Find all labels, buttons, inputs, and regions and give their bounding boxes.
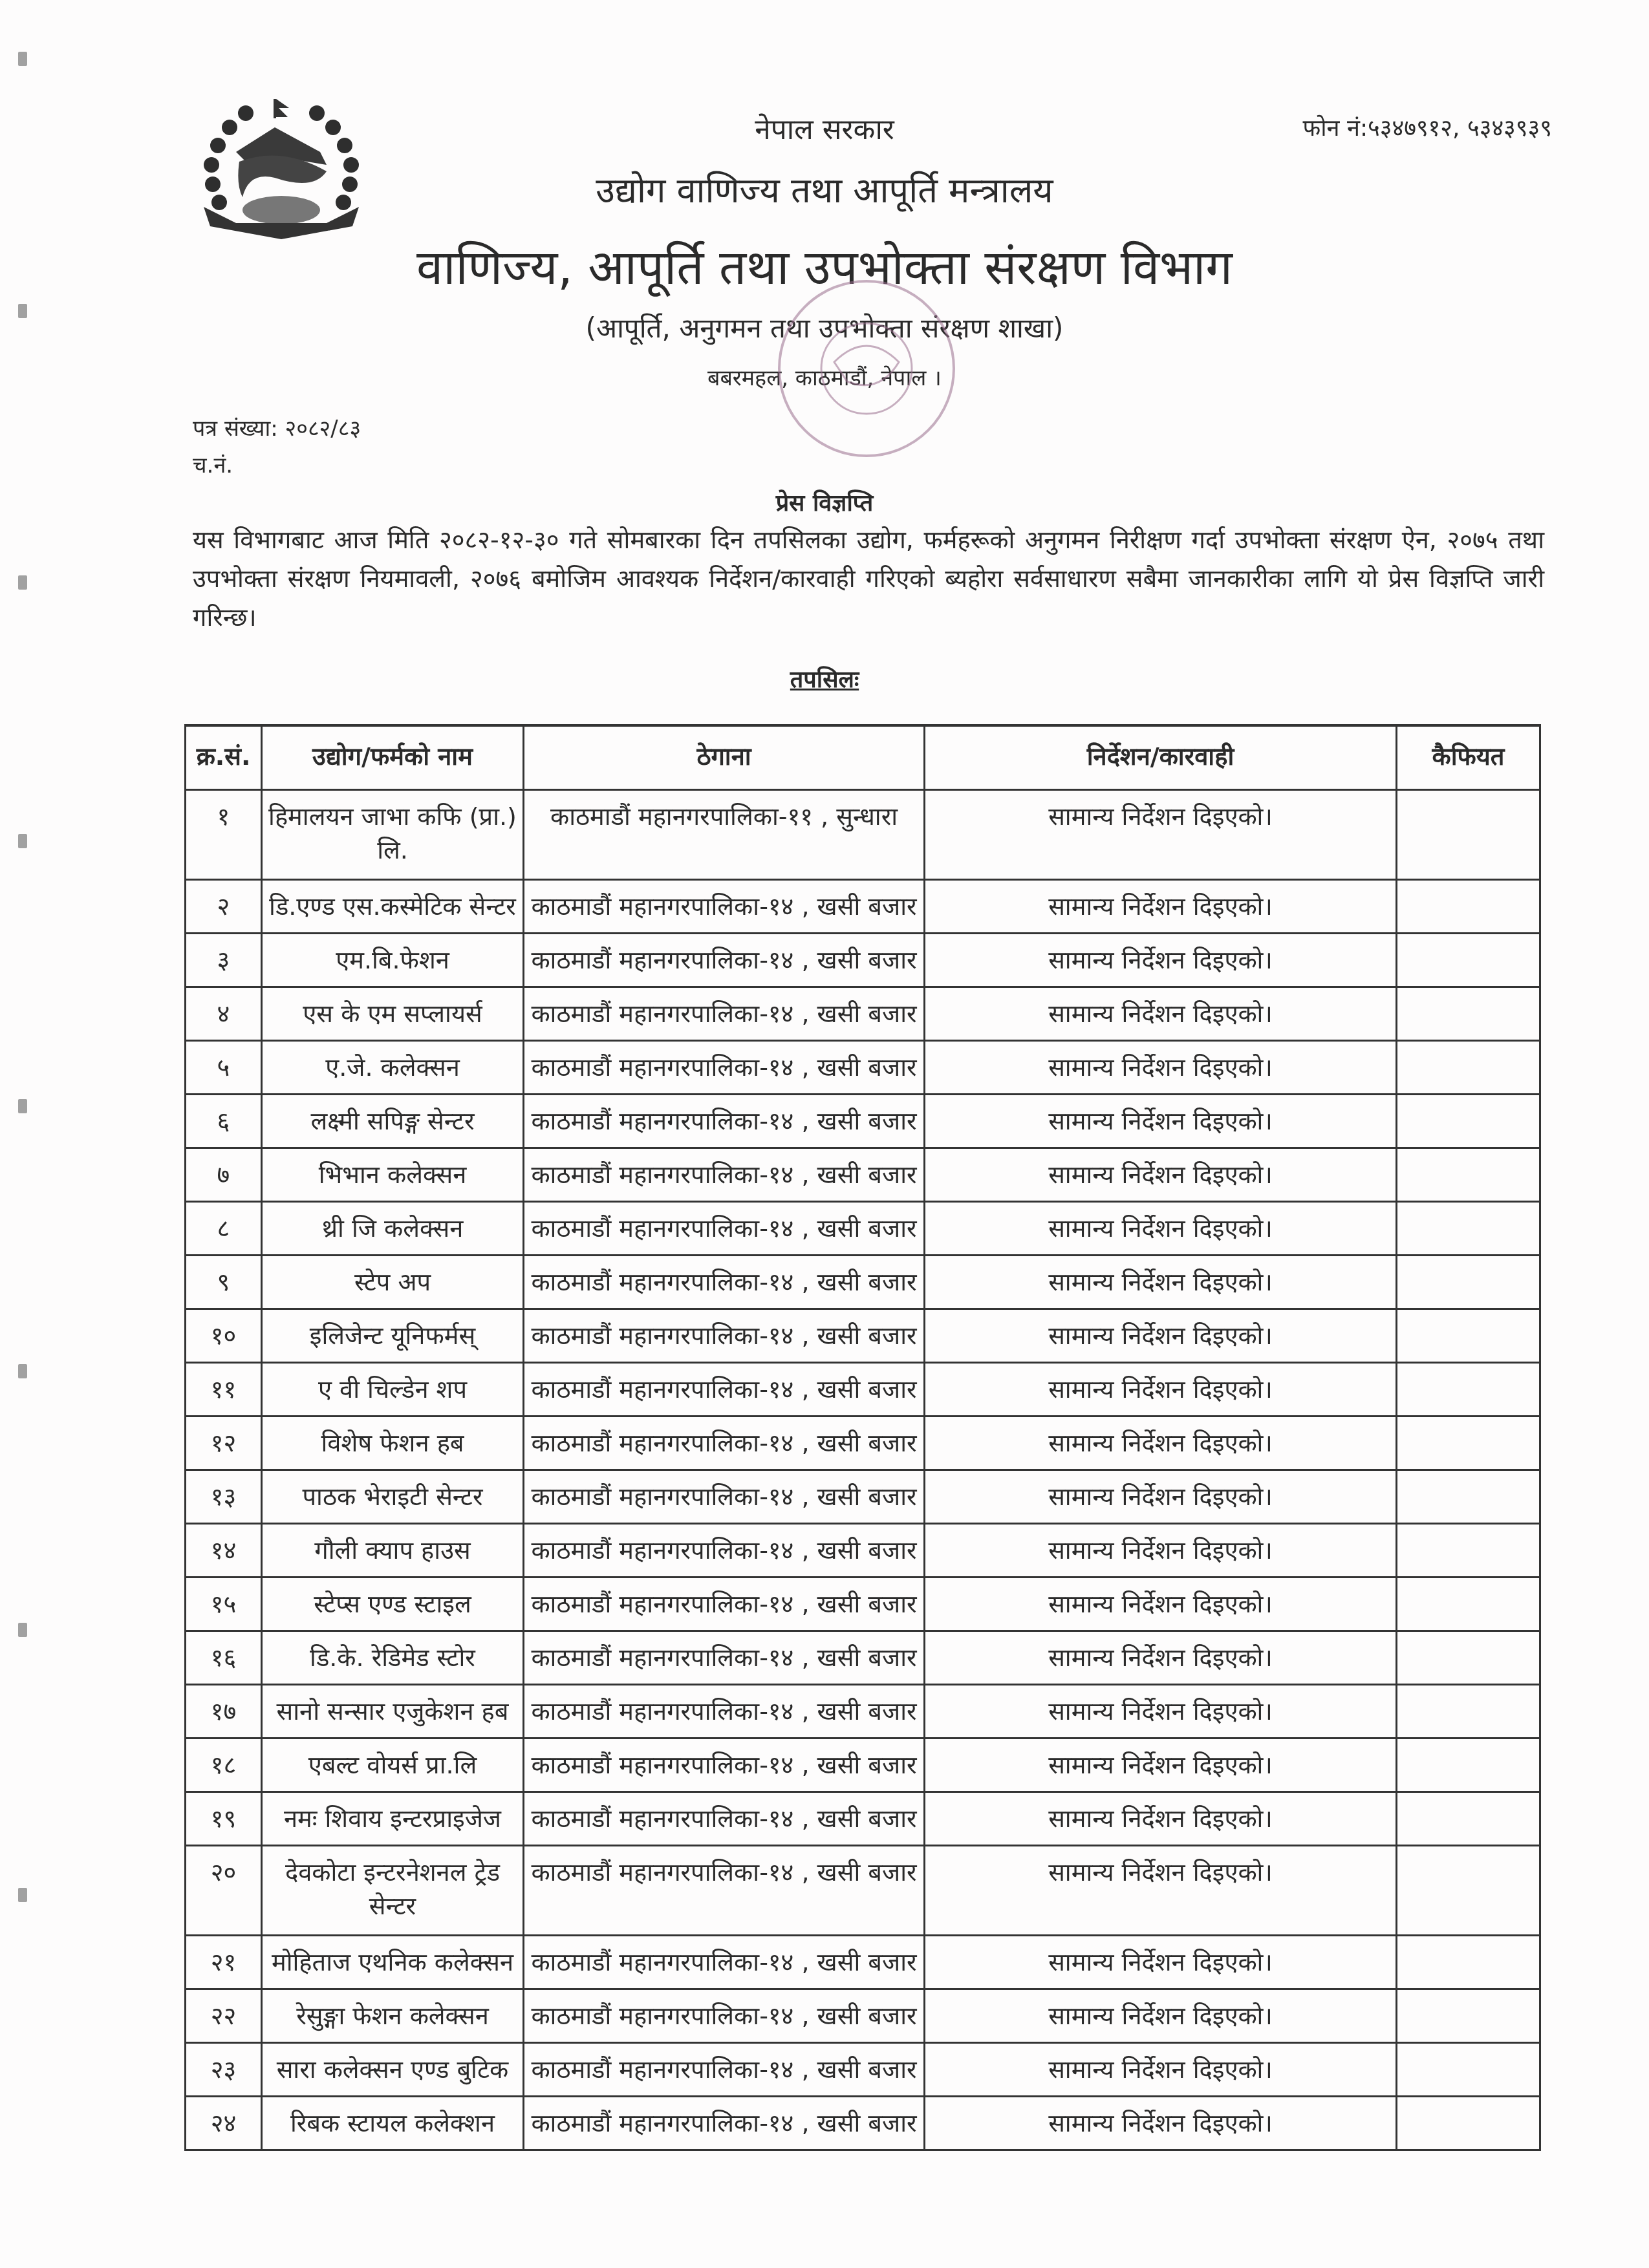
- cell-remarks: [1397, 1470, 1540, 1524]
- cell-firm-name: सारा कलेक्सन एण्ड बुटिक: [262, 2043, 524, 2097]
- cell-serial: २२: [186, 1989, 262, 2043]
- cell-address: काठमाडौं महानगरपालिका-१४ , खसी बजार: [524, 2097, 925, 2150]
- cell-action: सामान्य निर्देशन दिइएको।: [925, 880, 1397, 934]
- cell-action: सामान्य निर्देशन दिइएको।: [925, 1202, 1397, 1256]
- table-row: ५ए.जे. कलेक्सनकाठमाडौं महानगरपालिका-१४ ,…: [186, 1041, 1540, 1095]
- table-row: २डि.एण्ड एस.कस्मेटिक सेन्टरकाठमाडौं महान…: [186, 880, 1540, 934]
- cell-action: सामान्य निर्देशन दिइएको।: [925, 1148, 1397, 1202]
- table-row: १३पाठक भेराइटी सेन्टरकाठमाडौं महानगरपालि…: [186, 1470, 1540, 1524]
- dispatch-number: च.नं.: [193, 449, 233, 479]
- cell-address: काठमाडौं महानगरपालिका-१४ , खसी बजार: [524, 1578, 925, 1631]
- table-row: २४रिबक स्टायल कलेक्शनकाठमाडौं महानगरपालि…: [186, 2097, 1540, 2150]
- cell-serial: १७: [186, 1685, 262, 1738]
- cell-remarks: [1397, 1631, 1540, 1685]
- cell-firm-name: विशेष फेशन हब: [262, 1417, 524, 1470]
- cell-address: काठमाडौं महानगरपालिका-१४ , खसी बजार: [524, 1202, 925, 1256]
- cell-action: सामान्य निर्देशन दिइएको।: [925, 1417, 1397, 1470]
- cell-serial: ५: [186, 1041, 262, 1095]
- cell-serial: १२: [186, 1417, 262, 1470]
- header-action: निर्देशन/कारवाही: [925, 725, 1397, 790]
- cell-serial: २०: [186, 1846, 262, 1936]
- header-remarks: कैफियत: [1397, 725, 1540, 790]
- table-row: १९नमः शिवाय इन्टरप्राइजेजकाठमाडौं महानगर…: [186, 1792, 1540, 1846]
- phone-number: फोन नं:५३४७९१२, ५३४३९३९: [1302, 111, 1552, 143]
- table-row: १हिमालयन जाभा कफि (प्रा.) लि.काठमाडौं मह…: [186, 790, 1540, 880]
- cell-action: सामान्य निर्देशन दिइएको।: [925, 1631, 1397, 1685]
- cell-address: काठमाडौं महानगरपालिका-१४ , खसी बजार: [524, 1417, 925, 1470]
- cell-action: सामान्य निर्देशन दिइएको।: [925, 934, 1397, 987]
- cell-action: सामान्य निर्देशन दिइएको।: [925, 1309, 1397, 1363]
- cell-firm-name: पाठक भेराइटी सेन्टर: [262, 1470, 524, 1524]
- cell-remarks: [1397, 1738, 1540, 1792]
- table-row: ११ए वी चिल्डेन शपकाठमाडौं महानगरपालिका-१…: [186, 1363, 1540, 1417]
- cell-address: काठमाडौं महानगरपालिका-१४ , खसी बजार: [524, 880, 925, 934]
- cell-address: काठमाडौं महानगरपालिका-१४ , खसी बजार: [524, 1685, 925, 1738]
- cell-address: काठमाडौं महानगरपालिका-१४ , खसी बजार: [524, 1989, 925, 2043]
- cell-firm-name: भिभान कलेक्सन: [262, 1148, 524, 1202]
- cell-remarks: [1397, 987, 1540, 1041]
- cell-firm-name: एबल्ट वोयर्स प्रा.लि: [262, 1738, 524, 1792]
- cell-address: काठमाडौं महानगरपालिका-१४ , खसी बजार: [524, 1738, 925, 1792]
- table-row: ४एस के एम सप्लायर्सकाठमाडौं महानगरपालिका…: [186, 987, 1540, 1041]
- cell-serial: १०: [186, 1309, 262, 1363]
- cell-address: काठमाडौं महानगरपालिका-१४ , खसी बजार: [524, 2043, 925, 2097]
- cell-address: काठमाडौं महानगरपालिका-१४ , खसी बजार: [524, 1470, 925, 1524]
- cell-action: सामान्य निर्देशन दिइएको।: [925, 1738, 1397, 1792]
- cell-firm-name: हिमालयन जाभा कफि (प्रा.) लि.: [262, 790, 524, 880]
- header-serial: क्र.सं.: [186, 725, 262, 790]
- table-row: २१मोहिताज एथनिक कलेक्सनकाठमाडौं महानगरपा…: [186, 1936, 1540, 1989]
- cell-serial: ४: [186, 987, 262, 1041]
- cell-action: सामान्य निर्देशन दिइएको।: [925, 1792, 1397, 1846]
- cell-action: सामान्य निर्देशन दिइएको।: [925, 1846, 1397, 1936]
- table-row: १२विशेष फेशन हबकाठमाडौं महानगरपालिका-१४ …: [186, 1417, 1540, 1470]
- cell-serial: १८: [186, 1738, 262, 1792]
- official-stamp-icon: [718, 272, 1015, 485]
- scan-mark: [18, 834, 27, 848]
- table-row: २०देवकोटा इन्टरनेशनल ट्रेड सेन्टरकाठमाडौ…: [186, 1846, 1540, 1936]
- cell-address: काठमाडौं महानगरपालिका-१४ , खसी बजार: [524, 987, 925, 1041]
- schedule-label: तपसिलः: [0, 663, 1649, 694]
- cell-action: सामान्य निर्देशन दिइएको।: [925, 1041, 1397, 1095]
- cell-firm-name: डि.के. रेडिमेड स्टोर: [262, 1631, 524, 1685]
- scan-mark: [18, 52, 27, 66]
- header-firm-name: उद्योग/फर्मको नाम: [262, 725, 524, 790]
- cell-firm-name: देवकोटा इन्टरनेशनल ट्रेड सेन्टर: [262, 1846, 524, 1936]
- cell-address: काठमाडौं महानगरपालिका-१४ , खसी बजार: [524, 1631, 925, 1685]
- scan-mark: [18, 1099, 27, 1113]
- cell-remarks: [1397, 1256, 1540, 1309]
- table-row: ३एम.बि.फेशनकाठमाडौं महानगरपालिका-१४ , खस…: [186, 934, 1540, 987]
- cell-address: काठमाडौं महानगरपालिका-१४ , खसी बजार: [524, 1256, 925, 1309]
- cell-serial: १९: [186, 1792, 262, 1846]
- cell-action: सामान्य निर्देशन दिइएको।: [925, 2097, 1397, 2150]
- ministry-name: उद्योग वाणिज्य तथा आपूर्ति मन्त्रालय: [0, 165, 1649, 213]
- cell-remarks: [1397, 1989, 1540, 2043]
- cell-address: काठमाडौं महानगरपालिका-१४ , खसी बजार: [524, 1309, 925, 1363]
- scan-mark: [18, 1888, 27, 1902]
- cell-firm-name: इलिजेन्ट यूनिफर्मस्: [262, 1309, 524, 1363]
- cell-address: काठमाडौं महानगरपालिका-१४ , खसी बजार: [524, 1792, 925, 1846]
- cell-remarks: [1397, 1846, 1540, 1936]
- cell-remarks: [1397, 880, 1540, 934]
- cell-action: सामान्य निर्देशन दिइएको।: [925, 1470, 1397, 1524]
- table-row: ९स्टेप अपकाठमाडौं महानगरपालिका-१४ , खसी …: [186, 1256, 1540, 1309]
- table-row: २३सारा कलेक्सन एण्ड बुटिककाठमाडौं महानगर…: [186, 2043, 1540, 2097]
- cell-firm-name: मोहिताज एथनिक कलेक्सन: [262, 1936, 524, 1989]
- cell-serial: २: [186, 880, 262, 934]
- cell-address: काठमाडौं महानगरपालिका-११ , सुन्धारा: [524, 790, 925, 880]
- cell-address: काठमाडौं महानगरपालिका-१४ , खसी बजार: [524, 1936, 925, 1989]
- cell-serial: १६: [186, 1631, 262, 1685]
- cell-firm-name: एस के एम सप्लायर्स: [262, 987, 524, 1041]
- cell-serial: ९: [186, 1256, 262, 1309]
- cell-remarks: [1397, 1095, 1540, 1148]
- cell-remarks: [1397, 1041, 1540, 1095]
- cell-remarks: [1397, 1578, 1540, 1631]
- cell-action: सामान्य निर्देशन दिइएको।: [925, 1578, 1397, 1631]
- schedule-label-text: तपसिलः: [790, 667, 859, 693]
- cell-firm-name: ए.जे. कलेक्सन: [262, 1041, 524, 1095]
- cell-action: सामान्य निर्देशन दिइएको।: [925, 790, 1397, 880]
- letter-number: पत्र संख्या: २०८२/८३: [193, 412, 361, 442]
- cell-serial: ११: [186, 1363, 262, 1417]
- cell-serial: १३: [186, 1470, 262, 1524]
- header-address: ठेगाना: [524, 725, 925, 790]
- cell-action: सामान्य निर्देशन दिइएको।: [925, 1095, 1397, 1148]
- cell-remarks: [1397, 1309, 1540, 1363]
- table-row: १४गौली क्याप हाउसकाठमाडौं महानगरपालिका-१…: [186, 1524, 1540, 1578]
- cell-serial: ६: [186, 1095, 262, 1148]
- table-row: ८थ्री जि कलेक्सनकाठमाडौं महानगरपालिका-१४…: [186, 1202, 1540, 1256]
- scan-mark: [18, 1623, 27, 1637]
- cell-remarks: [1397, 1417, 1540, 1470]
- cell-firm-name: स्टेप अप: [262, 1256, 524, 1309]
- cell-remarks: [1397, 1936, 1540, 1989]
- press-release-body: यस विभागबाट आज मिति २०८२-१२-३० गते सोमबा…: [193, 520, 1544, 637]
- cell-serial: २४: [186, 2097, 262, 2150]
- table-header-row: क्र.सं. उद्योग/फर्मको नाम ठेगाना निर्देश…: [186, 725, 1540, 790]
- cell-address: काठमाडौं महानगरपालिका-१४ , खसी बजार: [524, 1846, 925, 1936]
- cell-serial: ७: [186, 1148, 262, 1202]
- table-row: ७भिभान कलेक्सनकाठमाडौं महानगरपालिका-१४ ,…: [186, 1148, 1540, 1202]
- cell-serial: ३: [186, 934, 262, 987]
- table-row: १७सानो सन्सार एजुकेशन हबकाठमाडौं महानगरप…: [186, 1685, 1540, 1738]
- cell-remarks: [1397, 1202, 1540, 1256]
- cell-address: काठमाडौं महानगरपालिका-१४ , खसी बजार: [524, 1363, 925, 1417]
- cell-serial: १४: [186, 1524, 262, 1578]
- cell-serial: २१: [186, 1936, 262, 1989]
- cell-remarks: [1397, 1524, 1540, 1578]
- cell-action: सामान्य निर्देशन दिइएको।: [925, 1936, 1397, 1989]
- table-row: २२रेसुङ्गा फेशन कलेक्सनकाठमाडौं महानगरपा…: [186, 1989, 1540, 2043]
- cell-firm-name: एम.बि.फेशन: [262, 934, 524, 987]
- cell-firm-name: लक्ष्मी सपिङ्ग सेन्टर: [262, 1095, 524, 1148]
- cell-firm-name: थ्री जि कलेक्सन: [262, 1202, 524, 1256]
- cell-address: काठमाडौं महानगरपालिका-१४ , खसी बजार: [524, 1148, 925, 1202]
- cell-remarks: [1397, 934, 1540, 987]
- cell-remarks: [1397, 1363, 1540, 1417]
- cell-serial: २३: [186, 2043, 262, 2097]
- cell-remarks: [1397, 1685, 1540, 1738]
- press-release-title: प्रेस विज्ञप्ति: [0, 486, 1649, 518]
- cell-address: काठमाडौं महानगरपालिका-१४ , खसी बजार: [524, 934, 925, 987]
- table-row: १६डि.के. रेडिमेड स्टोरकाठमाडौं महानगरपाल…: [186, 1631, 1540, 1685]
- cell-firm-name: ए वी चिल्डेन शप: [262, 1363, 524, 1417]
- cell-remarks: [1397, 2097, 1540, 2150]
- cell-firm-name: नमः शिवाय इन्टरप्राइजेज: [262, 1792, 524, 1846]
- scan-mark: [18, 575, 27, 590]
- scan-mark: [18, 1364, 27, 1378]
- cell-serial: १: [186, 790, 262, 880]
- cell-serial: १५: [186, 1578, 262, 1631]
- cell-remarks: [1397, 1148, 1540, 1202]
- cell-action: सामान्य निर्देशन दिइएको।: [925, 1256, 1397, 1309]
- cell-address: काठमाडौं महानगरपालिका-१४ , खसी बजार: [524, 1095, 925, 1148]
- cell-address: काठमाडौं महानगरपालिका-१४ , खसी बजार: [524, 1041, 925, 1095]
- cell-firm-name: स्टेप्स एण्ड स्टाइल: [262, 1578, 524, 1631]
- cell-action: सामान्य निर्देशन दिइएको।: [925, 1524, 1397, 1578]
- cell-action: सामान्य निर्देशन दिइएको।: [925, 1685, 1397, 1738]
- cell-serial: ८: [186, 1202, 262, 1256]
- table-row: ६लक्ष्मी सपिङ्ग सेन्टरकाठमाडौं महानगरपाल…: [186, 1095, 1540, 1148]
- cell-action: सामान्य निर्देशन दिइएको।: [925, 2043, 1397, 2097]
- cell-firm-name: गौली क्याप हाउस: [262, 1524, 524, 1578]
- table-row: १८एबल्ट वोयर्स प्रा.लिकाठमाडौं महानगरपाल…: [186, 1738, 1540, 1792]
- table-row: १५स्टेप्स एण्ड स्टाइलकाठमाडौं महानगरपालि…: [186, 1578, 1540, 1631]
- cell-firm-name: रिबक स्टायल कलेक्शन: [262, 2097, 524, 2150]
- cell-firm-name: रेसुङ्गा फेशन कलेक्सन: [262, 1989, 524, 2043]
- cell-address: काठमाडौं महानगरपालिका-१४ , खसी बजार: [524, 1524, 925, 1578]
- cell-action: सामान्य निर्देशन दिइएको।: [925, 987, 1397, 1041]
- cell-remarks: [1397, 1792, 1540, 1846]
- cell-firm-name: सानो सन्सार एजुकेशन हब: [262, 1685, 524, 1738]
- cell-remarks: [1397, 2043, 1540, 2097]
- cell-firm-name: डि.एण्ड एस.कस्मेटिक सेन्टर: [262, 880, 524, 934]
- cell-action: सामान्य निर्देशन दिइएको।: [925, 1363, 1397, 1417]
- cell-remarks: [1397, 790, 1540, 880]
- cell-action: सामान्य निर्देशन दिइएको।: [925, 1989, 1397, 2043]
- inspection-table: क्र.सं. उद्योग/फर्मको नाम ठेगाना निर्देश…: [184, 724, 1539, 2151]
- table-row: १०इलिजेन्ट यूनिफर्मस्काठमाडौं महानगरपालि…: [186, 1309, 1540, 1363]
